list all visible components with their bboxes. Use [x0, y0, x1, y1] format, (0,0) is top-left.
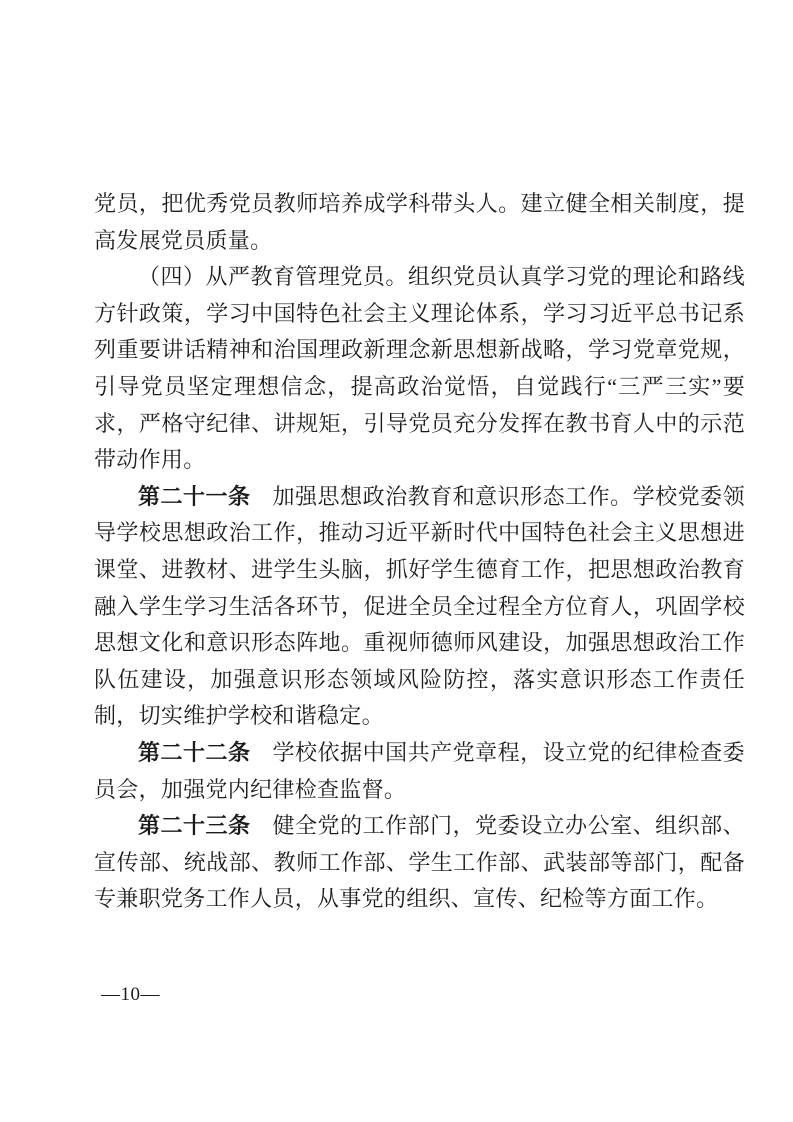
paragraph-text: 党员，把优秀党员教师培养成学科带头人。建立健全相关制度，提高发展党员质量。 [94, 191, 745, 253]
paragraph-continuation: 党员，把优秀党员教师培养成学科带头人。建立健全相关制度，提高发展党员质量。 [94, 186, 745, 259]
paragraph-text: 加强思想政治教育和意识形态工作。学校党委领导学校思想政治工作，推动习近平新时代中… [94, 484, 745, 729]
page-number: —10— [101, 983, 160, 1007]
document-body: 党员，把优秀党员教师培养成学科带头人。建立健全相关制度，提高发展党员质量。 （四… [94, 186, 745, 918]
article-21-heading: 第二十一条 [138, 484, 251, 509]
article-23-heading: 第二十三条 [138, 813, 251, 838]
paragraph-article-22: 第二十二条学校依据中国共产党章程，设立党的纪律检查委员会，加强党内纪律检查监督。 [94, 735, 745, 808]
document-page: 党员，把优秀党员教师培养成学科带头人。建立健全相关制度，提高发展党员质量。 （四… [0, 0, 793, 1122]
paragraph-text: （四）从严教育管理党员。组织党员认真学习党的理论和路线方针政策，学习中国特色社会… [94, 264, 745, 472]
paragraph-article-21: 第二十一条加强思想政治教育和意识形态工作。学校党委领导学校思想政治工作，推动习近… [94, 479, 745, 735]
paragraph-item-4: （四）从严教育管理党员。组织党员认真学习党的理论和路线方针政策，学习中国特色社会… [94, 259, 745, 479]
article-22-heading: 第二十二条 [138, 740, 251, 765]
paragraph-article-23: 第二十三条健全党的工作部门，党委设立办公室、组织部、宣传部、统战部、教师工作部、… [94, 808, 745, 918]
